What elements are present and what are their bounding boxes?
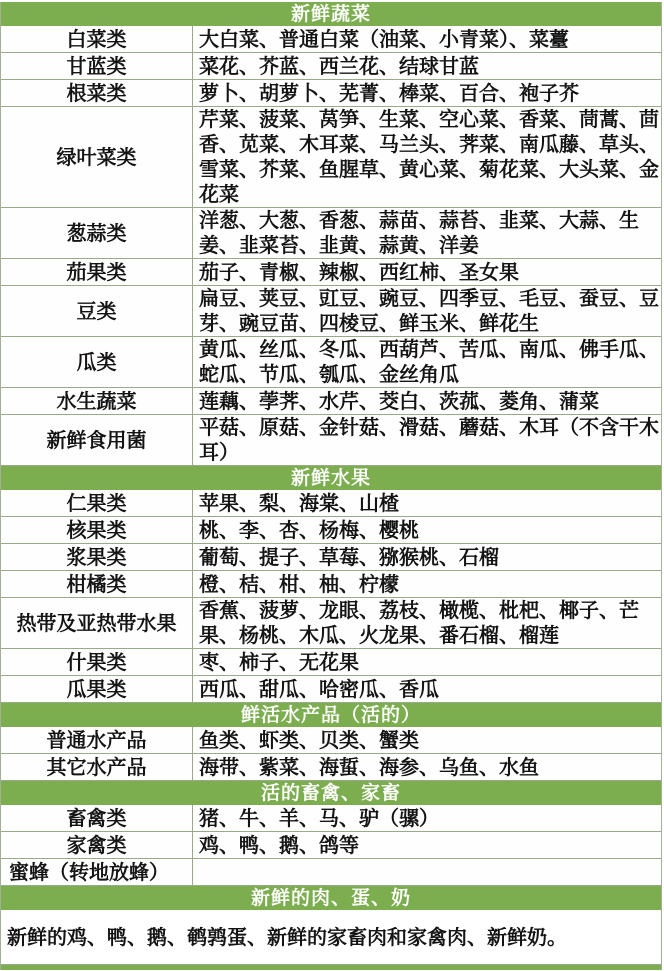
items-cell: 鸡、鸭、鹅、鸽等: [193, 832, 661, 858]
food-category-table: 新鲜蔬菜白菜类大白菜、普通白菜（油菜、小青菜）、菜薹甘蓝类菜花、芥蓝、西兰花、结…: [0, 2, 662, 970]
category-cell: 仁果类: [1, 490, 193, 516]
items-cell: 菜花、芥蓝、西兰花、结球甘蓝: [193, 53, 661, 79]
category-cell: 瓜果类: [1, 676, 193, 702]
table-row: 家禽类鸡、鸭、鹅、鸽等: [1, 832, 661, 859]
table-row: 葱蒜类洋葱、大葱、香葱、蒜苗、蒜苔、韭菜、大蒜、生姜、韭菜苔、韭黄、蒜黄、洋姜: [1, 208, 661, 259]
table-row: 新鲜食用菌平菇、原菇、金针菇、滑菇、蘑菇、木耳（不含干木耳）: [1, 415, 661, 466]
items-cell: 扁豆、荚豆、豇豆、豌豆、四季豆、毛豆、蚕豆、豆芽、豌豆苗、四棱豆、鲜玉米、鲜花生: [193, 286, 661, 336]
table-row: 其它水产品海带、紫菜、海蜇、海参、乌鱼、水鱼: [1, 754, 661, 781]
table-row: 什果类枣、柿子、无花果: [1, 649, 661, 676]
note-row: 新鲜的鸡、鸭、鹅、鹌鹑蛋、新鲜的家畜肉和家禽肉、新鲜奶。: [1, 910, 661, 965]
items-cell: 芹菜、菠菜、莴笋、生菜、空心菜、香菜、茼蒿、茴香、苋菜、木耳菜、马兰头、荠菜、南…: [193, 107, 661, 207]
category-cell: 什果类: [1, 649, 193, 675]
items-cell: 平菇、原菇、金针菇、滑菇、蘑菇、木耳（不含干木耳）: [193, 415, 661, 465]
table-row: 白菜类大白菜、普通白菜（油菜、小青菜）、菜薹: [1, 26, 661, 53]
bottom-green-strip: [1, 965, 661, 970]
category-cell: 新鲜食用菌: [1, 415, 193, 465]
category-cell: 绿叶菜类: [1, 107, 193, 207]
category-cell: 白菜类: [1, 26, 193, 52]
items-cell: 猪、牛、羊、马、驴（骡）: [193, 805, 661, 831]
table-row: 甘蓝类菜花、芥蓝、西兰花、结球甘蓝: [1, 53, 661, 80]
items-cell: 大白菜、普通白菜（油菜、小青菜）、菜薹: [193, 26, 661, 52]
category-cell: 蜜蜂（转地放蜂）: [1, 859, 193, 885]
items-cell: 枣、柿子、无花果: [193, 649, 661, 675]
items-cell: 葡萄、提子、草莓、猕猴桃、石榴: [193, 544, 661, 570]
table-row: 普通水产品鱼类、虾类、贝类、蟹类: [1, 727, 661, 754]
category-cell: 核果类: [1, 517, 193, 543]
category-cell: 浆果类: [1, 544, 193, 570]
category-cell: 甘蓝类: [1, 53, 193, 79]
category-cell: 普通水产品: [1, 727, 193, 753]
items-cell: 海带、紫菜、海蜇、海参、乌鱼、水鱼: [193, 754, 661, 780]
items-cell: 萝卜、胡萝卜、芜菁、棒菜、百合、袍子芥: [193, 80, 661, 106]
table-row: 绿叶菜类芹菜、菠菜、莴笋、生菜、空心菜、香菜、茼蒿、茴香、苋菜、木耳菜、马兰头、…: [1, 107, 661, 208]
table-row: 核果类桃、李、杏、杨梅、樱桃: [1, 517, 661, 544]
category-cell: 热带及亚热带水果: [1, 598, 193, 648]
table-row: 瓜果类西瓜、甜瓜、哈密瓜、香瓜: [1, 676, 661, 703]
category-cell: 葱蒜类: [1, 208, 193, 258]
table-row: 蜜蜂（转地放蜂）: [1, 859, 661, 886]
table-row: 瓜类黄瓜、丝瓜、冬瓜、西葫芦、苦瓜、南瓜、佛手瓜、蛇瓜、节瓜、瓠瓜、金丝角瓜: [1, 337, 661, 388]
items-cell: 黄瓜、丝瓜、冬瓜、西葫芦、苦瓜、南瓜、佛手瓜、蛇瓜、节瓜、瓠瓜、金丝角瓜: [193, 337, 661, 387]
table-row: 热带及亚热带水果香蕉、菠萝、龙眼、荔枝、橄榄、枇杷、椰子、芒果、杨桃、木瓜、火龙…: [1, 598, 661, 649]
category-cell: 其它水产品: [1, 754, 193, 780]
items-cell: [193, 859, 661, 885]
category-cell: 瓜类: [1, 337, 193, 387]
table-row: 根菜类萝卜、胡萝卜、芜菁、棒菜、百合、袍子芥: [1, 80, 661, 107]
table-row: 仁果类苹果、梨、海棠、山楂: [1, 490, 661, 517]
items-cell: 橙、桔、柑、柚、柠檬: [193, 571, 661, 597]
category-cell: 豆类: [1, 286, 193, 336]
table-row: 茄果类茄子、青椒、辣椒、西红柿、圣女果: [1, 259, 661, 286]
items-cell: 苹果、梨、海棠、山楂: [193, 490, 661, 516]
table-row: 柑橘类橙、桔、柑、柚、柠檬: [1, 571, 661, 598]
category-cell: 根菜类: [1, 80, 193, 106]
table-row: 浆果类葡萄、提子、草莓、猕猴桃、石榴: [1, 544, 661, 571]
table-row: 水生蔬菜莲藕、荸荠、水芹、茭白、茨菰、菱角、蒲菜: [1, 388, 661, 415]
table-row: 豆类扁豆、荚豆、豇豆、豌豆、四季豆、毛豆、蚕豆、豆芽、豌豆苗、四棱豆、鲜玉米、鲜…: [1, 286, 661, 337]
section-header-band: 鲜活水产品（活的）: [1, 703, 661, 727]
section-header-band: 新鲜蔬菜: [1, 2, 661, 26]
table-row: 畜禽类猪、牛、羊、马、驴（骡）: [1, 805, 661, 832]
items-cell: 莲藕、荸荠、水芹、茭白、茨菰、菱角、蒲菜: [193, 388, 661, 414]
category-cell: 畜禽类: [1, 805, 193, 831]
category-cell: 柑橘类: [1, 571, 193, 597]
category-cell: 茄果类: [1, 259, 193, 285]
items-cell: 西瓜、甜瓜、哈密瓜、香瓜: [193, 676, 661, 702]
section-header-band: 新鲜的肉、蛋、奶: [1, 886, 661, 910]
items-cell: 茄子、青椒、辣椒、西红柿、圣女果: [193, 259, 661, 285]
section-header-band: 活的畜禽、家畜: [1, 781, 661, 805]
items-cell: 鱼类、虾类、贝类、蟹类: [193, 727, 661, 753]
section-header-band: 新鲜水果: [1, 466, 661, 490]
items-cell: 香蕉、菠萝、龙眼、荔枝、橄榄、枇杷、椰子、芒果、杨桃、木瓜、火龙果、番石榴、榴莲: [193, 598, 661, 648]
category-cell: 家禽类: [1, 832, 193, 858]
items-cell: 桃、李、杏、杨梅、樱桃: [193, 517, 661, 543]
category-cell: 水生蔬菜: [1, 388, 193, 414]
items-cell: 洋葱、大葱、香葱、蒜苗、蒜苔、韭菜、大蒜、生姜、韭菜苔、韭黄、蒜黄、洋姜: [193, 208, 661, 258]
